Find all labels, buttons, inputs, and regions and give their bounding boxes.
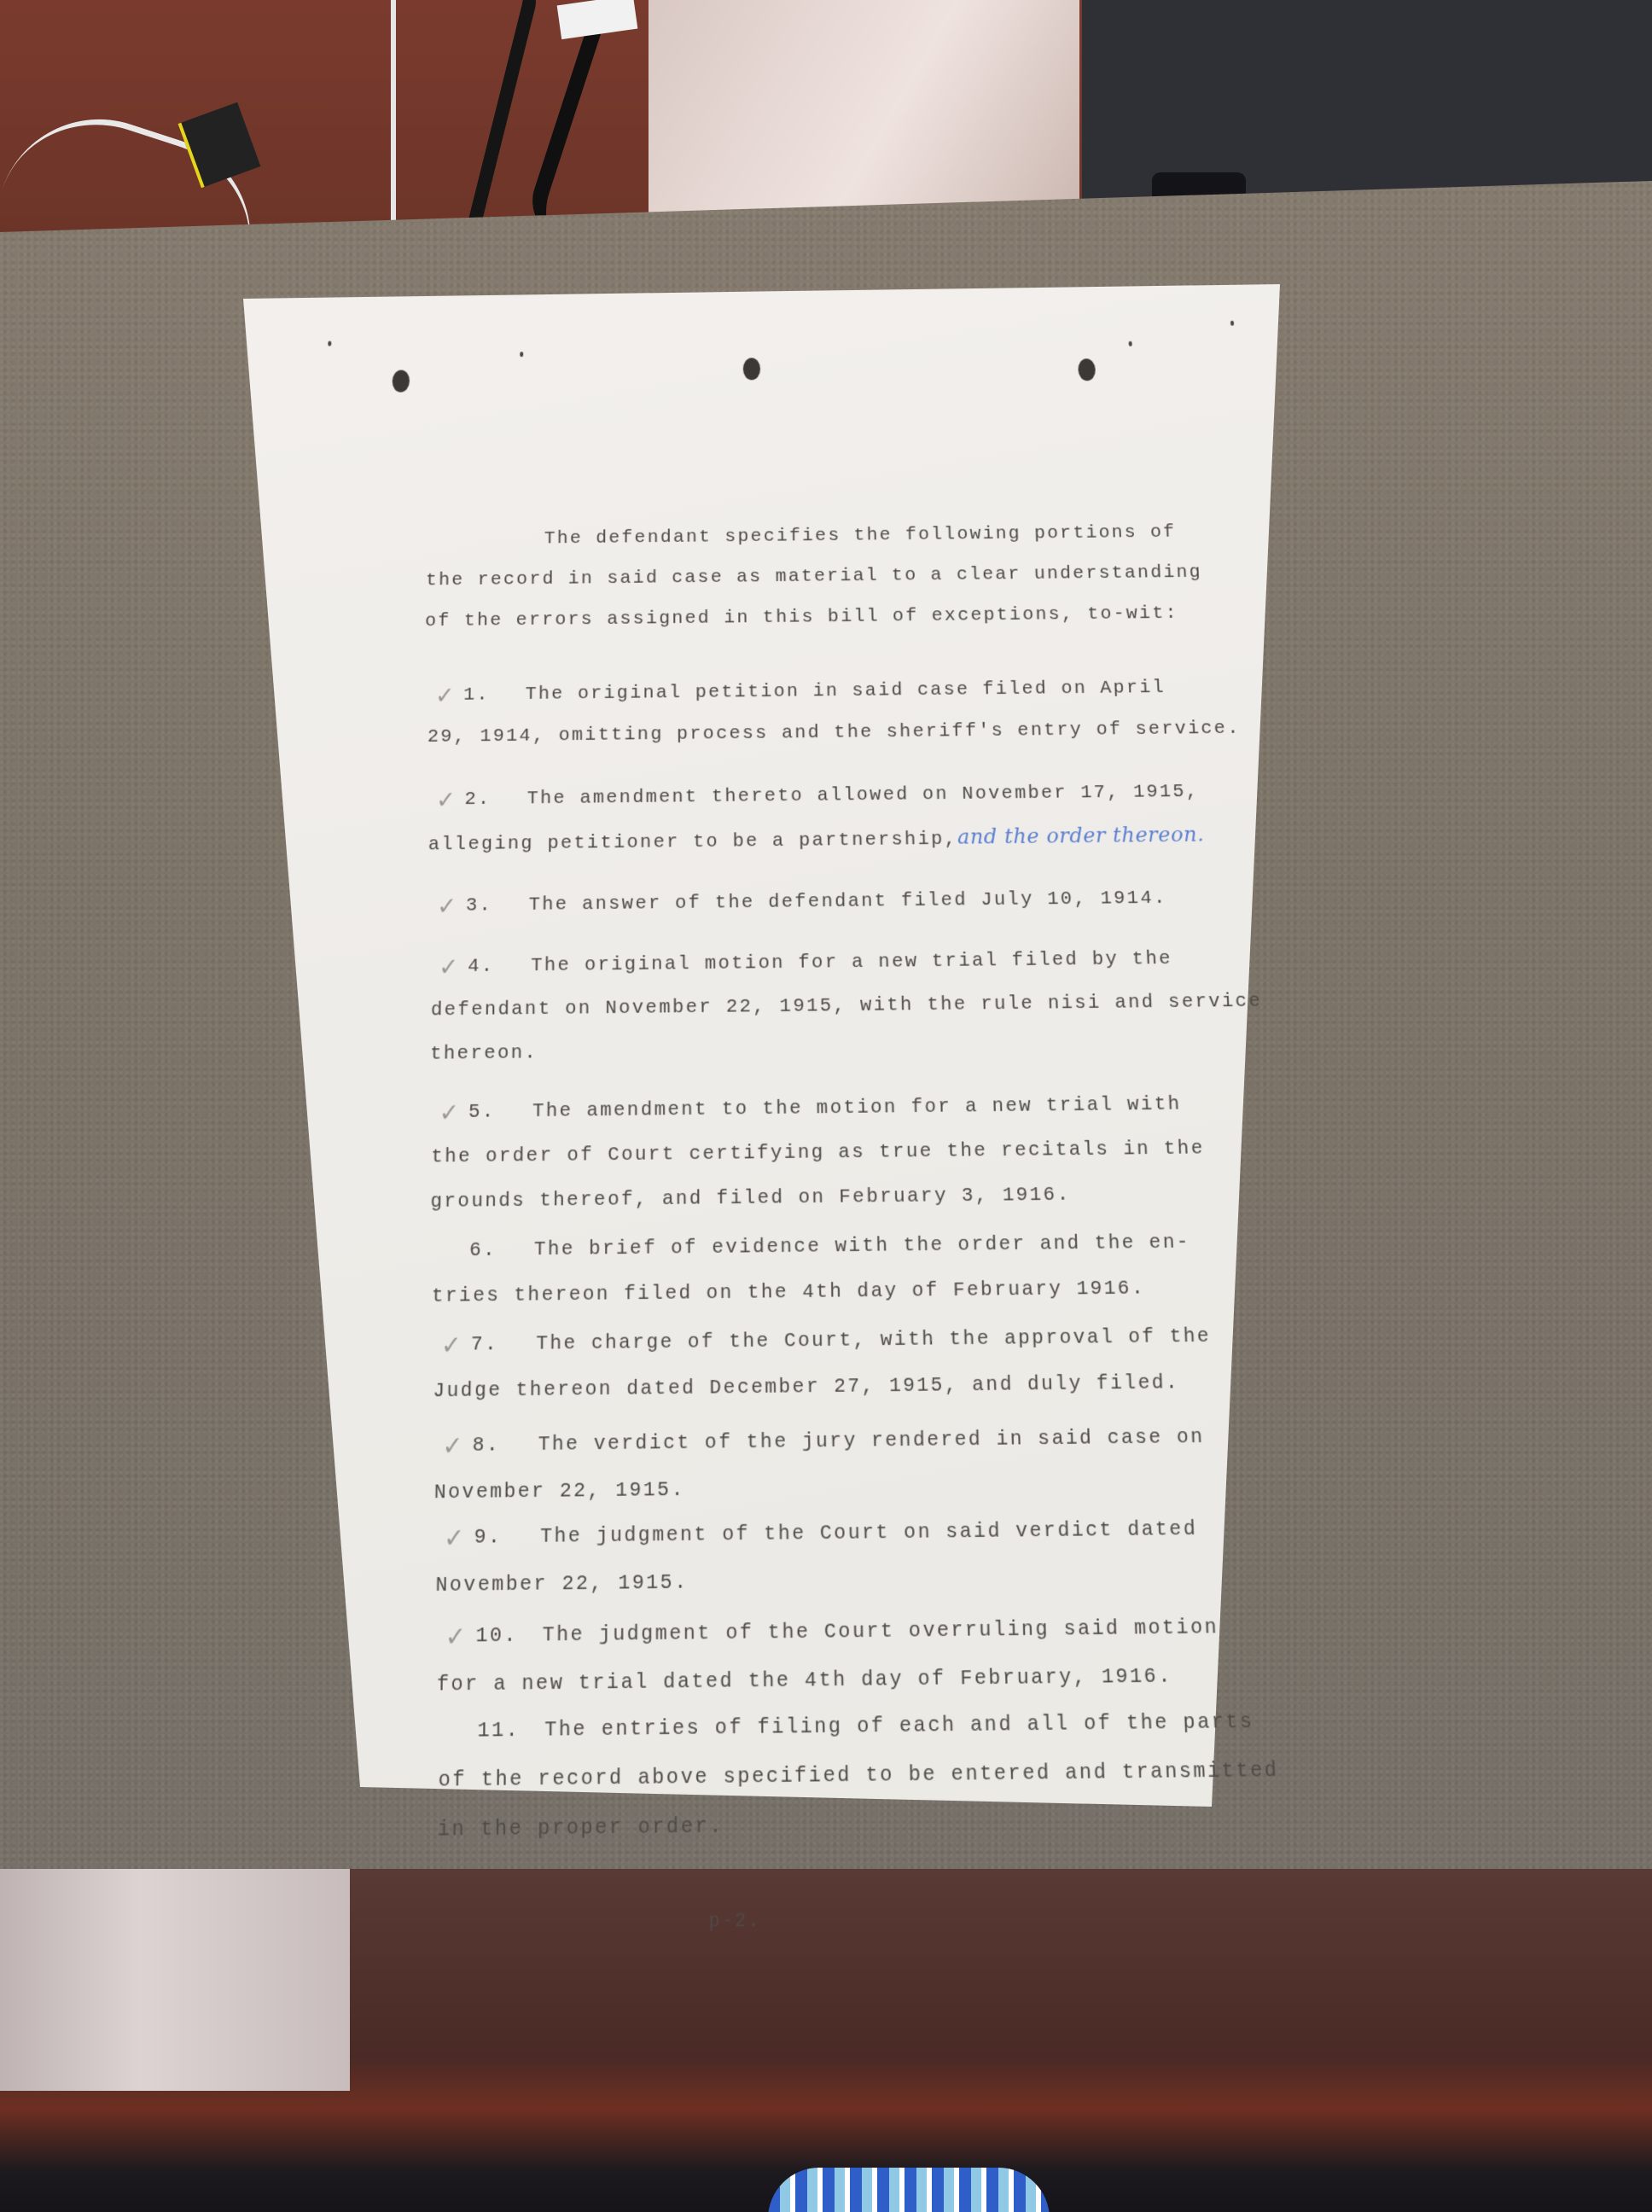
- item-number: 1.: [463, 675, 526, 717]
- item-text: grounds thereof, and filed on February 3…: [430, 1184, 1071, 1214]
- item-line: 3.The answer of the defendant filed July…: [429, 877, 1221, 928]
- item-line: defendant on November 22, 1915, with the…: [431, 981, 1230, 1033]
- item-number: 4.: [468, 945, 532, 989]
- item-text: the order of Court certifying as true th…: [431, 1138, 1205, 1168]
- item-text: Judge thereon dated December 27, 1915, a…: [433, 1371, 1180, 1403]
- item-text: The judgment of the Court on said verdic…: [540, 1518, 1198, 1550]
- paper-speck: [328, 341, 331, 346]
- item-number: 9.: [474, 1514, 540, 1562]
- item-number: 11.: [477, 1707, 544, 1756]
- binding-hole: [392, 370, 410, 392]
- item-text: The judgment of the Court overruling sai…: [542, 1616, 1219, 1648]
- binding-hole: [1078, 358, 1096, 381]
- record-item: ✓7.The charge of the Court, with the app…: [433, 1314, 1256, 1416]
- record-item: ✓3.The answer of the defendant filed Jul…: [429, 877, 1221, 928]
- item-number: 6.: [469, 1228, 534, 1274]
- pencil-check-icon: ✓: [437, 885, 459, 928]
- item-text: November 22, 1915.: [435, 1571, 688, 1598]
- item-text: thereon.: [430, 1042, 538, 1065]
- item-text: tries thereon filed on the 4th day of Fe…: [432, 1278, 1146, 1308]
- item-number: 3.: [466, 884, 529, 928]
- record-item: ✓5.The amendment to the motion for a new…: [430, 1082, 1241, 1225]
- intro-paragraph: The defendant specifies the following po…: [425, 513, 1146, 643]
- intro-line: of the errors assigned in this bill of e…: [425, 594, 1146, 643]
- page-number: p-2.: [708, 1908, 760, 1933]
- item-number: 8.: [472, 1423, 538, 1470]
- item-number: 10.: [475, 1612, 543, 1661]
- item-text: The amendment to the motion for a new tr…: [532, 1094, 1182, 1123]
- wall-panel: [649, 0, 1079, 230]
- item-line: tries thereon filed on the 4th day of Fe…: [431, 1266, 1248, 1320]
- pencil-check-icon: ✓: [441, 1323, 464, 1369]
- item-line: grounds thereof, and filed on February 3…: [430, 1172, 1241, 1225]
- paper-speck: [520, 352, 523, 357]
- record-item: ✓2.The amendment thereto allowed on Nove…: [428, 771, 1215, 867]
- pencil-check-icon: ✓: [442, 1423, 465, 1470]
- record-item: ✓8.The verdict of the jury rendered in s…: [433, 1414, 1263, 1517]
- record-item: ✓9.The judgment of the Court on said ver…: [435, 1506, 1271, 1611]
- item-line: of the record above specified to be ente…: [438, 1747, 1286, 1806]
- record-item: ✓10.The judgment of the Court overruling…: [437, 1604, 1279, 1711]
- item-text: The amendment thereto allowed on Novembe…: [527, 782, 1200, 810]
- item-line: November 22, 1915.: [435, 1553, 1271, 1610]
- item-text: The original petition in said case filed…: [526, 678, 1166, 705]
- pencil-check-icon: ✓: [444, 1515, 467, 1563]
- record-item: 6.The brief of evidence with the order a…: [431, 1220, 1248, 1320]
- item-text: The original motion for a new trial file…: [531, 948, 1172, 977]
- pencil-check-icon: ✓: [445, 1613, 468, 1662]
- document-content: The defendant specifies the following po…: [201, 285, 1354, 1992]
- item-line: thereon.: [430, 1024, 1231, 1077]
- item-text: November 22, 1915.: [434, 1479, 685, 1505]
- item-number: 7.: [471, 1322, 537, 1369]
- item-text: for a new trial dated the 4th day of Feb…: [437, 1665, 1173, 1697]
- item-text: alleging petitioner to be a partnership,: [428, 829, 958, 856]
- item-text: The verdict of the jury rendered in said…: [538, 1426, 1206, 1457]
- pencil-check-icon: ✓: [439, 946, 461, 989]
- binding-hole: [743, 358, 760, 380]
- item-line: 29, 1914, omitting process and the sheri…: [427, 708, 1207, 759]
- item-text: in the proper order.: [438, 1814, 724, 1842]
- item-number: 2.: [464, 778, 527, 821]
- paper-speck: [1129, 341, 1132, 346]
- record-item: ✓1.The original petition in said case fi…: [427, 667, 1207, 759]
- item-text: The answer of the defendant filed July 1…: [529, 888, 1167, 916]
- handwritten-annotation: and the order thereon.: [957, 823, 1205, 849]
- pencil-check-icon: ✓: [439, 1091, 461, 1135]
- item-text: 29, 1914, omitting process and the sheri…: [428, 719, 1241, 748]
- item-text: The charge of the Court, with the approv…: [536, 1325, 1212, 1356]
- item-text: The brief of evidence with the order and…: [534, 1231, 1191, 1261]
- white-cable: [391, 0, 413, 239]
- item-text: The entries of filing of each and all of…: [544, 1710, 1254, 1743]
- pencil-check-icon: ✓: [435, 675, 457, 717]
- pencil-check-icon: ✓: [436, 779, 458, 822]
- item-line: 8.The verdict of the jury rendered in sa…: [434, 1414, 1261, 1470]
- item-text: of the record above specified to be ente…: [438, 1759, 1279, 1793]
- record-item: ✓4.The original motion for a new trial f…: [430, 938, 1231, 1077]
- paper-speck: [1230, 321, 1234, 326]
- item-line: alleging petitioner to be a partnership,…: [428, 813, 1215, 867]
- item-text: defendant on November 22, 1915, with the…: [431, 991, 1263, 1022]
- record-item: 11.The entries of filing of each and all…: [437, 1698, 1288, 1855]
- patterned-fabric: [768, 2168, 1050, 2212]
- item-line: 9.The judgment of the Court on said verd…: [436, 1506, 1269, 1563]
- item-line: Judge thereon dated December 27, 1915, a…: [433, 1360, 1256, 1416]
- item-line: in the proper order.: [437, 1796, 1288, 1856]
- item-number: 5.: [468, 1091, 533, 1136]
- item-line: the order of Court certifying as true th…: [431, 1126, 1239, 1180]
